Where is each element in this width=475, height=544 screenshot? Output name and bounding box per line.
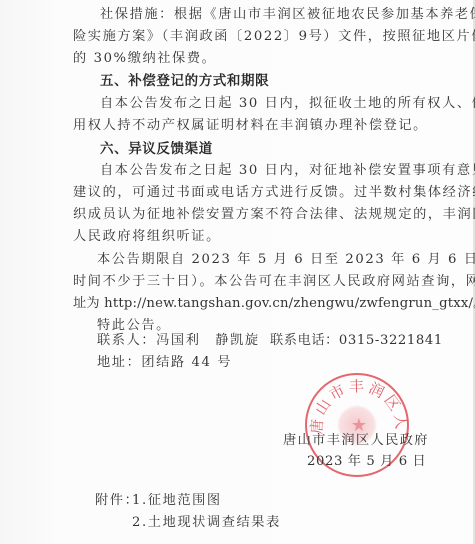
section6-line-4: 人民政府将组织听证。 [73,228,221,246]
section5-line-1: 自本公告发布之日起 30 日内，拟征收土地的所有权人、使 [100,95,475,113]
period-line-1: 本公告期限自 2023 年 5 月 6 日至 2023 年 6 月 6 日。（公… [97,251,475,269]
period-line-3: 址为 http://new.tangshan.gov.cn/zhengwu/zw… [73,295,475,313]
section6-line-3: 织成员认为征地补偿安置方案不符合法律、法规规定的，丰润区 [73,206,475,224]
section6-heading: 六、异议反馈渠道 [100,140,213,158]
social-security-line-2: 险实施方案》（丰润政函〔2022〕9号）文件，按照征地区片价 [73,28,475,46]
attachment-item-1: 1.征地范围图 [132,492,222,510]
contact-address: 地址：团结路 44 号 [97,354,232,372]
attachment-item-2: 2.土地现状调查结果表 [132,514,281,532]
document-page: 社保措施：根据《唐山市丰润区被征地农民参加基本养老保 险实施方案》（丰润政函〔2… [0,0,475,544]
section6-line-2: 建议的，可通过书面或电话方式进行反馈。过半数村集体经济组 [73,184,475,202]
section6-line-1: 自本公告发布之日起 30 日内，对征地补偿安置事项有意见 [100,162,475,180]
section5-line-2: 用权人持不动产权属证明材料在丰润镇办理补偿登记。 [73,117,428,135]
issuer-name: 唐山市丰润区人民政府 [283,432,429,450]
period-line-2: 时间不少于三十日）。本公告可在丰润区人民政府网站查询，网 [73,273,475,291]
issue-date: 2023 年 5 月 6 日 [307,453,426,471]
contact-person: 联系人：冯国利 静凯旋 [97,332,260,350]
contact-phone: 联系电话：0315-3221841 [270,332,443,350]
social-security-line-3: 的 30%缴纳社保费。 [73,50,216,68]
section5-heading: 五、补偿登记的方式和期限 [100,72,269,90]
social-security-line-1: 社保措施：根据《唐山市丰润区被征地农民参加基本养老保 [100,6,475,24]
